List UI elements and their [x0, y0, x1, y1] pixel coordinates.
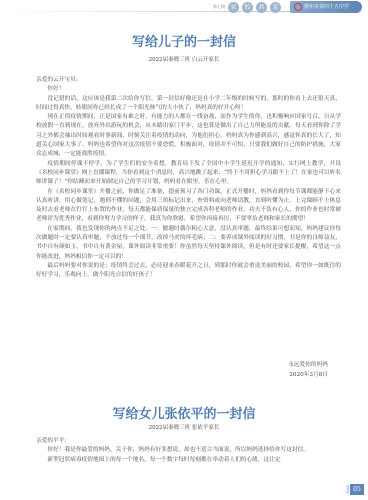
letter1-closing: 永远爱你的妈妈 2020年3月8日: [288, 360, 328, 380]
header-badge: 育: [270, 2, 281, 13]
school-logo-icon: [294, 3, 302, 11]
letter1-date: 2020年3月8日: [288, 370, 328, 380]
letter1-paragraph: 现在正值疫情期间，正是国家有难之时，有能力的人都在一线奋战，而作为学生的你，也积…: [36, 113, 341, 159]
header-badge: 共: [256, 2, 267, 13]
school-banner: 德州市第四十五中学: [290, 1, 362, 13]
letter1-paragraph: 没记错的话，这应该是我第二次给你写信。第一封信好像还是在小学二年级的时候写的，那…: [36, 95, 341, 114]
header-badge: 校: [242, 2, 253, 13]
issue-label: 第七期: [213, 4, 225, 10]
letter1-signature: 永远爱你的妈妈: [288, 360, 328, 370]
letter1-subtitle: 2022届秦晓三班 白云开家长: [0, 55, 368, 63]
letter1-salutation: 亲爱的云开宝贝：: [36, 76, 341, 85]
letter2-paragraph: 新型冠状病毒疫情地图上的每一个地名，每一个数字每时每刻都在牵动着人们的心绪，这注…: [36, 456, 341, 465]
page-number: 05: [350, 484, 364, 495]
letter2-subtitle: 2022届秦晓三班 张依平家长: [0, 423, 368, 431]
letter1-paragraph: 最后妈妈要对你说的是：疫情终会过去，必待迎来春暖花开之日，到那时你就会重返美丽的…: [36, 262, 341, 281]
header-badge: 家: [228, 2, 239, 13]
school-name: 德州市第四十五中学: [304, 3, 349, 10]
letter2-body: 亲爱的平平： 你好！我是你最爱的妈妈，关于你，妈妈有好多想说，却也不适合当面说，…: [36, 437, 341, 465]
letter2-paragraph: 你好！我是你最爱的妈妈，关于你，妈妈有好多想说，却也不适合当面说，所以妈妈选择给…: [36, 446, 341, 455]
letter1-body: 亲爱的云开宝贝： 你好！ 没记错的话，这应该是我第二次给你写信。第一封信好像还是…: [36, 76, 341, 281]
page-header: 第七期 家 校 共 育 德州市第四十五中学: [0, 0, 368, 14]
letter1-greeting: 你好！: [36, 85, 341, 94]
letter1-paragraph: 在家期间，我也发现你的两点不足之处，一：做题时偶尔粗心大意，没认真审题，最终结果…: [36, 225, 341, 262]
letter2-title: 写给女儿张依平的一封信: [0, 403, 368, 422]
letter1-title: 写给儿子的一封信: [0, 31, 368, 50]
letter2-salutation: 亲爱的平平：: [36, 437, 341, 446]
page-tab-decoration: [345, 485, 349, 494]
header-badges: 家 校 共 育: [228, 2, 281, 13]
letter1-paragraph: 在《名校同步课堂》开播之前，你做足了准备，提前预习了各门功课。正式开播时，妈妈看…: [36, 188, 341, 225]
letter1-paragraph: 疫情期间停课不停学，为了学生们的安全着想，教育局下发了全国中小学生延迟开学的通知…: [36, 160, 341, 188]
